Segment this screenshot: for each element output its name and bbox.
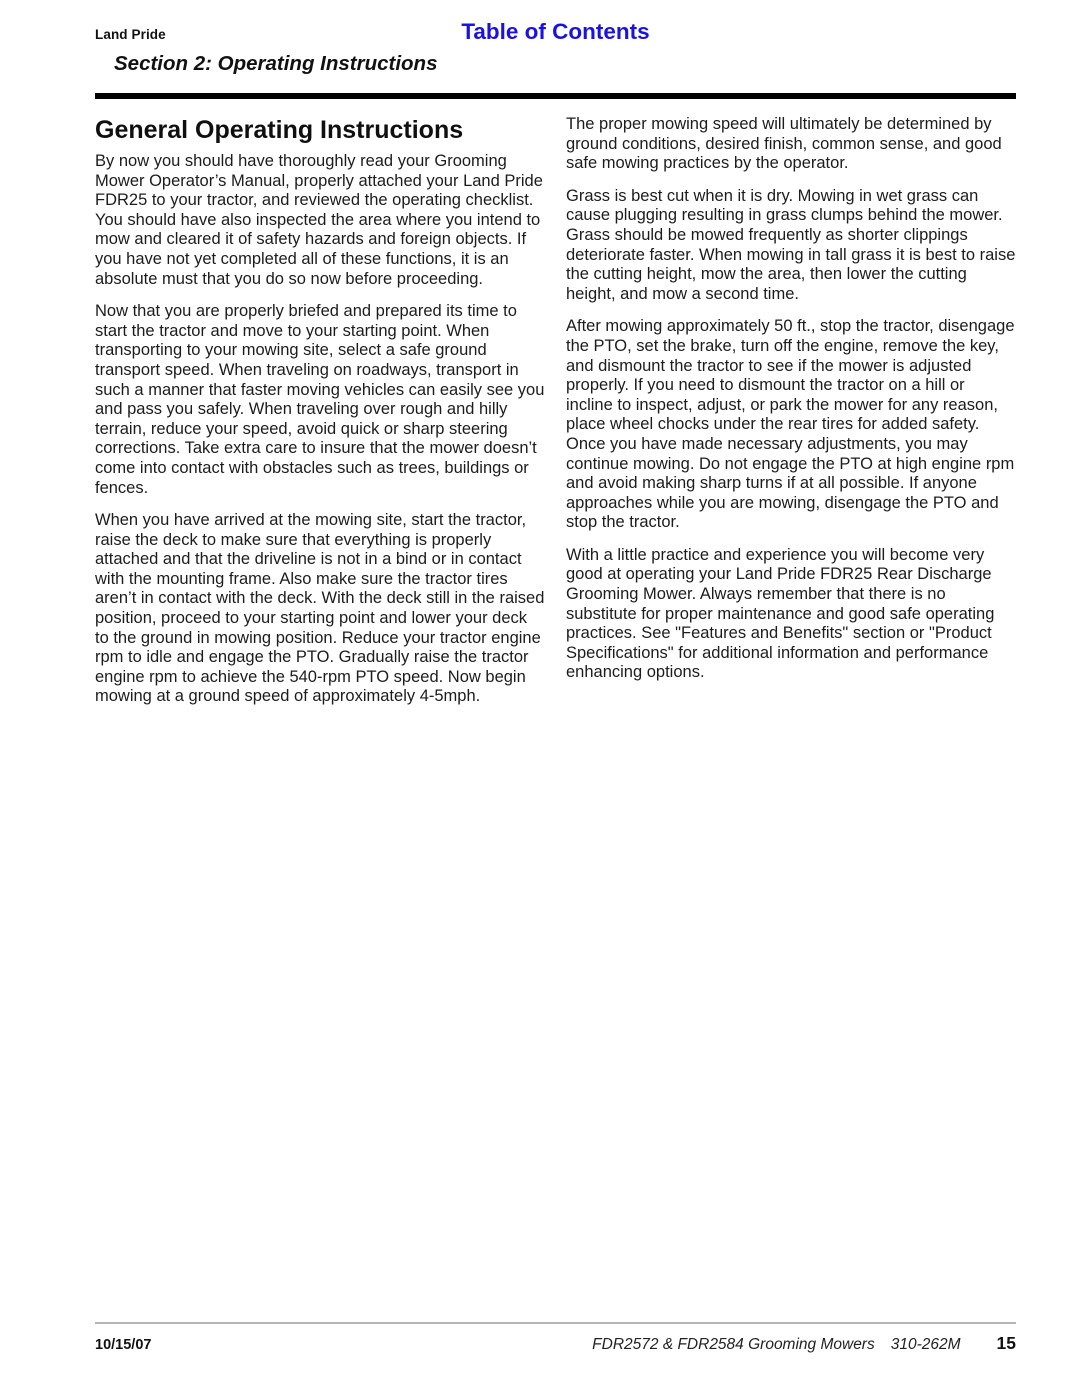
table-of-contents-link[interactable]: Table of Contents <box>461 19 649 44</box>
footer-page-number: 15 <box>997 1333 1016 1354</box>
section-title: Section 2: Operating Instructions <box>114 52 438 76</box>
footer-divider-rule <box>95 1322 1016 1324</box>
footer: 10/15/07 FDR2572 & FDR2584 Grooming Mowe… <box>95 1333 1016 1354</box>
header-divider-rule <box>95 93 1016 99</box>
header-center: Table of Contents <box>95 19 1016 45</box>
paragraph: When you have arrived at the mowing site… <box>95 511 545 707</box>
left-column: General Operating Instructions By now yo… <box>95 115 545 720</box>
paragraph: By now you should have thoroughly read y… <box>95 152 545 289</box>
paragraph: Grass is best cut when it is dry. Mowing… <box>566 187 1016 305</box>
footer-doc-title: FDR2572 & FDR2584 Grooming Mowers <box>592 1336 875 1354</box>
paragraph: With a little practice and experience yo… <box>566 546 1016 683</box>
paragraph: Now that you are properly briefed and pr… <box>95 302 545 498</box>
content-columns: General Operating Instructions By now yo… <box>95 115 1016 720</box>
footer-part-number: 310-262M <box>891 1336 961 1354</box>
footer-right-group: FDR2572 & FDR2584 Grooming Mowers 310-26… <box>592 1333 1016 1354</box>
manual-page: Land Pride Table of Contents Section 2: … <box>0 0 1080 1397</box>
footer-date: 10/15/07 <box>95 1337 151 1353</box>
right-column: The proper mowing speed will ultimately … <box>566 115 1016 720</box>
page-heading: General Operating Instructions <box>95 115 545 145</box>
paragraph: The proper mowing speed will ultimately … <box>566 115 1016 174</box>
paragraph: After mowing approximately 50 ft., stop … <box>566 317 1016 533</box>
